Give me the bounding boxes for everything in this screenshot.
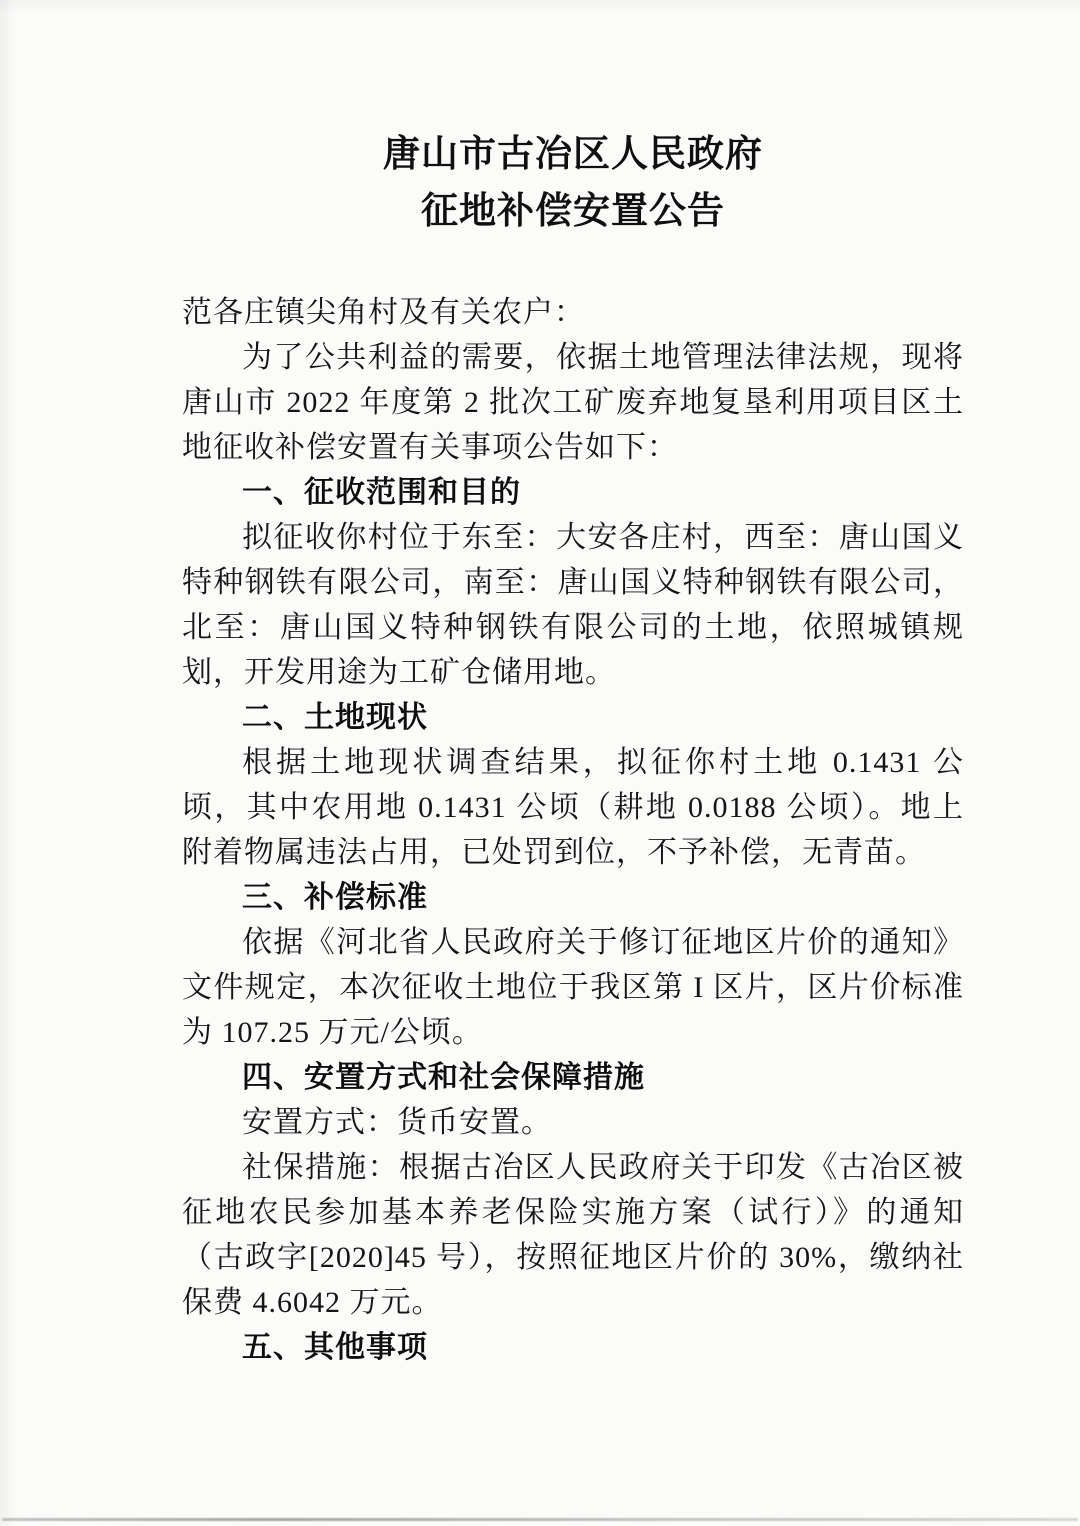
section-2-paragraph: 根据土地现状调查结果，拟征你村土地 0.1431 公顷，其中农用地 0.1431…	[182, 740, 964, 875]
section-1-paragraph: 拟征收你村位于东至：大安各庄村，西至：唐山国义特种钢铁有限公司，南至：唐山国义特…	[182, 515, 964, 695]
section-3-paragraph: 依据《河北省人民政府关于修订征地区片价的通知》文件规定，本次征收土地位于我区第 …	[182, 920, 964, 1055]
scan-shade-left	[0, 0, 16, 1526]
document-body: 范各庄镇尖角村及有关农户： 为了公共利益的需要，依据土地管理法律法规，现将唐山市…	[182, 290, 964, 1370]
intro-paragraph: 为了公共利益的需要，依据土地管理法律法规，现将唐山市 2022 年度第 2 批次…	[182, 335, 964, 470]
document-title: 唐山市古冶区人民政府 征地补偿安置公告	[182, 126, 964, 240]
document-title-line1: 唐山市古冶区人民政府	[182, 126, 964, 183]
section-4-paragraph-resettlement: 安置方式：货币安置。	[182, 1100, 964, 1145]
document-content: 唐山市古冶区人民政府 征地补偿安置公告 范各庄镇尖角村及有关农户： 为了公共利益…	[182, 126, 964, 1370]
scan-shade-top	[0, 0, 1080, 12]
salutation: 范各庄镇尖角村及有关农户：	[182, 290, 964, 335]
scan-edge-line	[2, 1518, 1078, 1521]
document-title-line2: 征地补偿安置公告	[182, 183, 964, 240]
section-heading-4: 四、安置方式和社会保障措施	[182, 1055, 964, 1100]
section-heading-3: 三、补偿标准	[182, 875, 964, 920]
section-heading-5: 五、其他事项	[182, 1325, 964, 1370]
section-heading-2: 二、土地现状	[182, 695, 964, 740]
document-page: 唐山市古冶区人民政府 征地补偿安置公告 范各庄镇尖角村及有关农户： 为了公共利益…	[0, 0, 1080, 1526]
section-4-paragraph-social-security: 社保措施：根据古冶区人民政府关于印发《古冶区被征地农民参加基本养老保险实施方案（…	[182, 1145, 964, 1325]
section-heading-1: 一、征收范围和目的	[182, 470, 964, 515]
